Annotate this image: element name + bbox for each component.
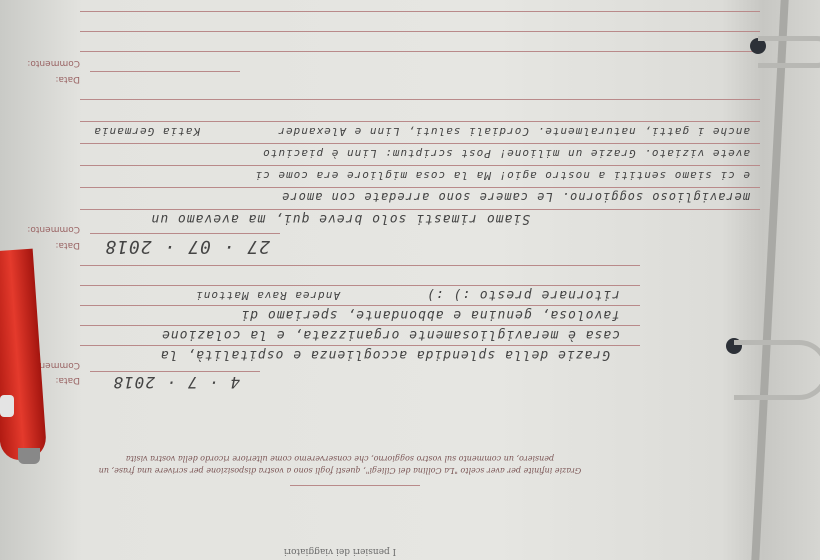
entry1-line: favolosa, genuina e abbondante, speriamo… bbox=[240, 307, 620, 322]
page-header: I pensieri dei viaggiatori bbox=[80, 546, 600, 556]
entry2-line: avete viziato. Grazie un milione! Post s… bbox=[262, 147, 750, 160]
date-line-3 bbox=[90, 71, 240, 72]
entry1-signature: Andrea Rava Mattoni bbox=[195, 289, 340, 302]
ruled-line bbox=[80, 31, 760, 32]
comment-label-3: Commento: bbox=[27, 58, 80, 68]
ruled-line bbox=[80, 51, 760, 52]
ruled-line bbox=[80, 143, 760, 144]
ruled-line bbox=[80, 121, 760, 122]
ruled-line bbox=[80, 165, 760, 166]
entry2-line: anche i gatti, naturalmente. Cordiali sa… bbox=[277, 125, 750, 138]
date-value-2: 27 · 07 · 2018 bbox=[104, 236, 270, 257]
date-label-1: Data: bbox=[55, 375, 80, 385]
entry1-line: casa è meravigliosamente organizzata, e … bbox=[161, 327, 620, 342]
entry1-line: ritornare presto :) :) bbox=[426, 287, 620, 302]
guestbook-page: I pensieri dei viaggiatori Grazie infini… bbox=[0, 0, 820, 560]
entry2-line: e ci siamo sentiti a nostro agio! Ma la … bbox=[255, 169, 750, 182]
entry2-signature: Katia Germania bbox=[93, 125, 200, 138]
date-value-1: 4 · 7 · 2018 bbox=[112, 373, 240, 392]
ruled-line bbox=[80, 187, 760, 188]
header-rule bbox=[290, 485, 420, 486]
binder-ring bbox=[758, 36, 820, 68]
binder-ring bbox=[734, 340, 820, 400]
date-label-2: Data: bbox=[55, 240, 80, 250]
ruled-line bbox=[80, 209, 760, 210]
entry1-line: Grazie della splendida accoglienza e osp… bbox=[160, 347, 610, 362]
ruled-line bbox=[80, 265, 640, 266]
pen-clip bbox=[0, 395, 14, 417]
photo-background: I pensieri dei viaggiatori Grazie infini… bbox=[0, 0, 820, 560]
date-line-1 bbox=[90, 371, 260, 372]
entry2-line: Siamo rimasti solo breve qui, ma avevamo… bbox=[150, 211, 530, 226]
date-label-3: Data: bbox=[55, 74, 80, 84]
date-line-2 bbox=[90, 233, 280, 234]
ruled-line bbox=[80, 11, 760, 12]
intro-text: Grazie infinite per aver scelto "La Coll… bbox=[80, 452, 600, 476]
comment-label-2: Commento: bbox=[27, 224, 80, 234]
ruled-line bbox=[80, 325, 640, 326]
entry2-line: meraviglioso soggiorno. Le camere sono a… bbox=[281, 190, 750, 204]
ruled-line bbox=[80, 345, 640, 346]
ruled-line bbox=[80, 285, 640, 286]
ruled-line bbox=[80, 99, 760, 100]
pen-tip bbox=[18, 448, 40, 464]
ruled-line bbox=[80, 305, 640, 306]
